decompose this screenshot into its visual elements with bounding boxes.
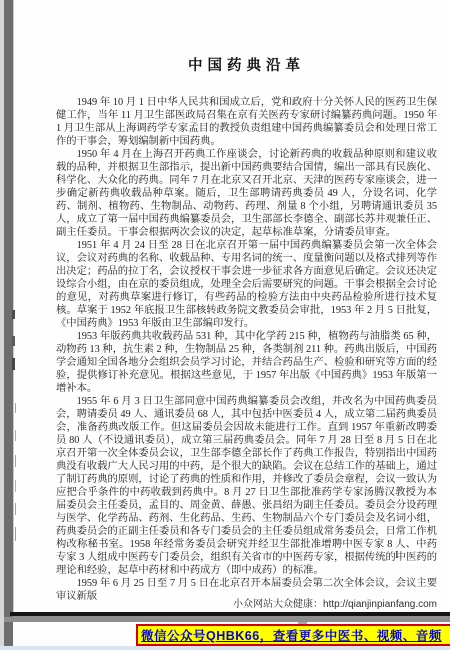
document-body: 1949 年 10 月 1 日中华人民共和国成立后，党和政府十分关怀人民的医药卫… (56, 96, 437, 603)
scan-artifact (15, 403, 16, 413)
next-page-left-shadow (4, 622, 13, 646)
window-bottom-strip (0, 646, 450, 650)
scan-artifact (15, 455, 16, 467)
scan-artifact (15, 503, 16, 515)
document-page: 中国药典沿革 1949 年 10 月 1 日中华人民共和国成立后，党和政府十分关… (13, 0, 450, 613)
wechat-promo-banner[interactable]: 微信公众号QHBK66，查看更多中医书、视频、音频 (136, 624, 450, 646)
document-viewer: 中国药典沿革 1949 年 10 月 1 日中华人民共和国成立后，党和政府十分关… (0, 0, 450, 650)
scan-artifact (15, 480, 16, 492)
scan-artifact (12, 358, 15, 370)
page-title: 中国药典沿革 (56, 54, 437, 75)
page-bottom-edge (10, 612, 450, 616)
body-paragraph: 1953 年版药典共收载药品 531 种，其中化学药 215 种，植物药与油脂类… (56, 330, 437, 395)
body-paragraph: 1949 年 10 月 1 日中华人民共和国成立后，党和政府十分关怀人民的医药卫… (56, 96, 437, 148)
body-paragraph: 1950 年 4 月在上海召开药典工作座谈会，讨论新药典的收载品种原则和建议收载… (56, 148, 437, 239)
page-number: I (395, 549, 399, 561)
scan-artifact (15, 527, 16, 541)
body-paragraph: 1951 年 4 月 24 日至 28 日在北京召开第一届中国药典编纂委员会第一… (56, 239, 437, 330)
scan-artifact (12, 310, 15, 319)
watermark-url: 小众网站大众健康：http://qianjinpianfang.com (233, 595, 437, 610)
body-paragraph: 1955 年 6 月 3 日卫生部同意中国药典编纂委员会改组，并改名为中国药典委… (56, 395, 437, 577)
scan-artifact (12, 336, 15, 346)
wechat-promo-text: 微信公众号QHBK66，查看更多中医书、视频、音频 (141, 626, 442, 644)
scan-artifact (15, 430, 16, 441)
page-left-shadow (4, 0, 13, 617)
